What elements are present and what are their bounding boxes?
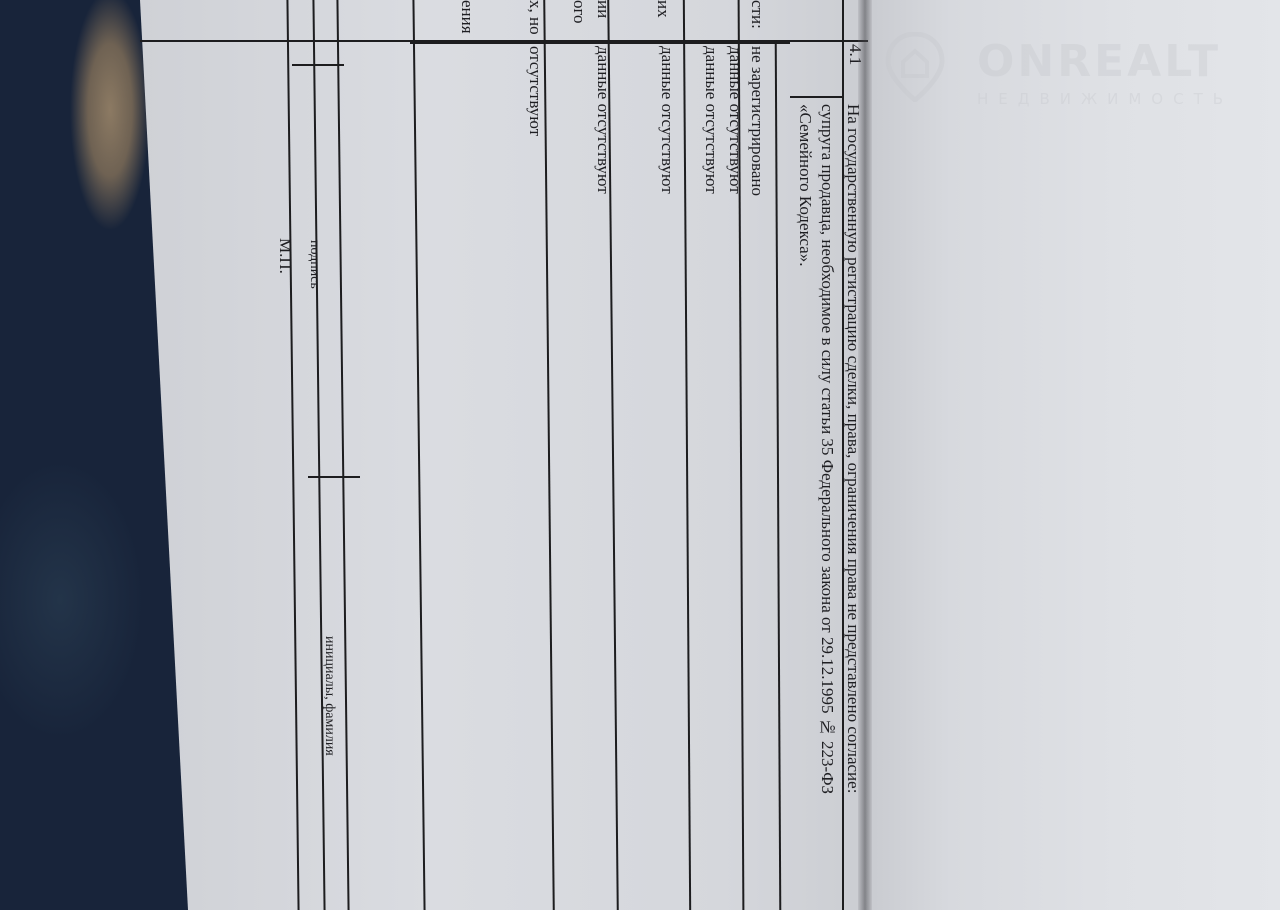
- field-value: данные отсутствуют: [700, 46, 722, 194]
- stamp-placeholder: М.П.: [274, 238, 296, 274]
- field-label: х, но: [524, 0, 546, 35]
- field-value: данные отсутствуют: [592, 46, 614, 194]
- field-value: не зарегистрировано: [746, 46, 768, 196]
- field-value: данные отсутствуют: [724, 46, 746, 194]
- field-label: ения: [456, 0, 478, 34]
- signature-divider: [308, 476, 360, 478]
- field-label: ого: [568, 0, 590, 24]
- field-label: их: [652, 0, 674, 18]
- signature-caption: подпись: [303, 240, 325, 289]
- watermark-brand: ONREALT: [977, 36, 1221, 87]
- signature-divider: [292, 64, 344, 66]
- section-text-line-3: «Семейного Кодекса».: [794, 104, 816, 266]
- section-text-line-2: супруга продавца, необходимое в силу ста…: [816, 104, 838, 794]
- blank-sheet: [868, 0, 1280, 910]
- field-label: сти:: [746, 0, 768, 29]
- field-label: ии: [592, 0, 614, 18]
- location-pin-house-icon: [885, 32, 945, 102]
- page-fold: [858, 0, 872, 910]
- watermark-subtitle: НЕДВИЖИМОСТЬ: [977, 90, 1233, 108]
- table-row-divider: [790, 96, 842, 98]
- watermark: ONREALT НЕДВИЖИМОСТЬ: [885, 30, 1255, 110]
- field-value: данные отсутствуют: [656, 46, 678, 194]
- name-caption: инициалы, фамилия: [318, 636, 340, 756]
- field-value: отсутствуют: [524, 46, 546, 136]
- table-row-divider: [410, 42, 790, 44]
